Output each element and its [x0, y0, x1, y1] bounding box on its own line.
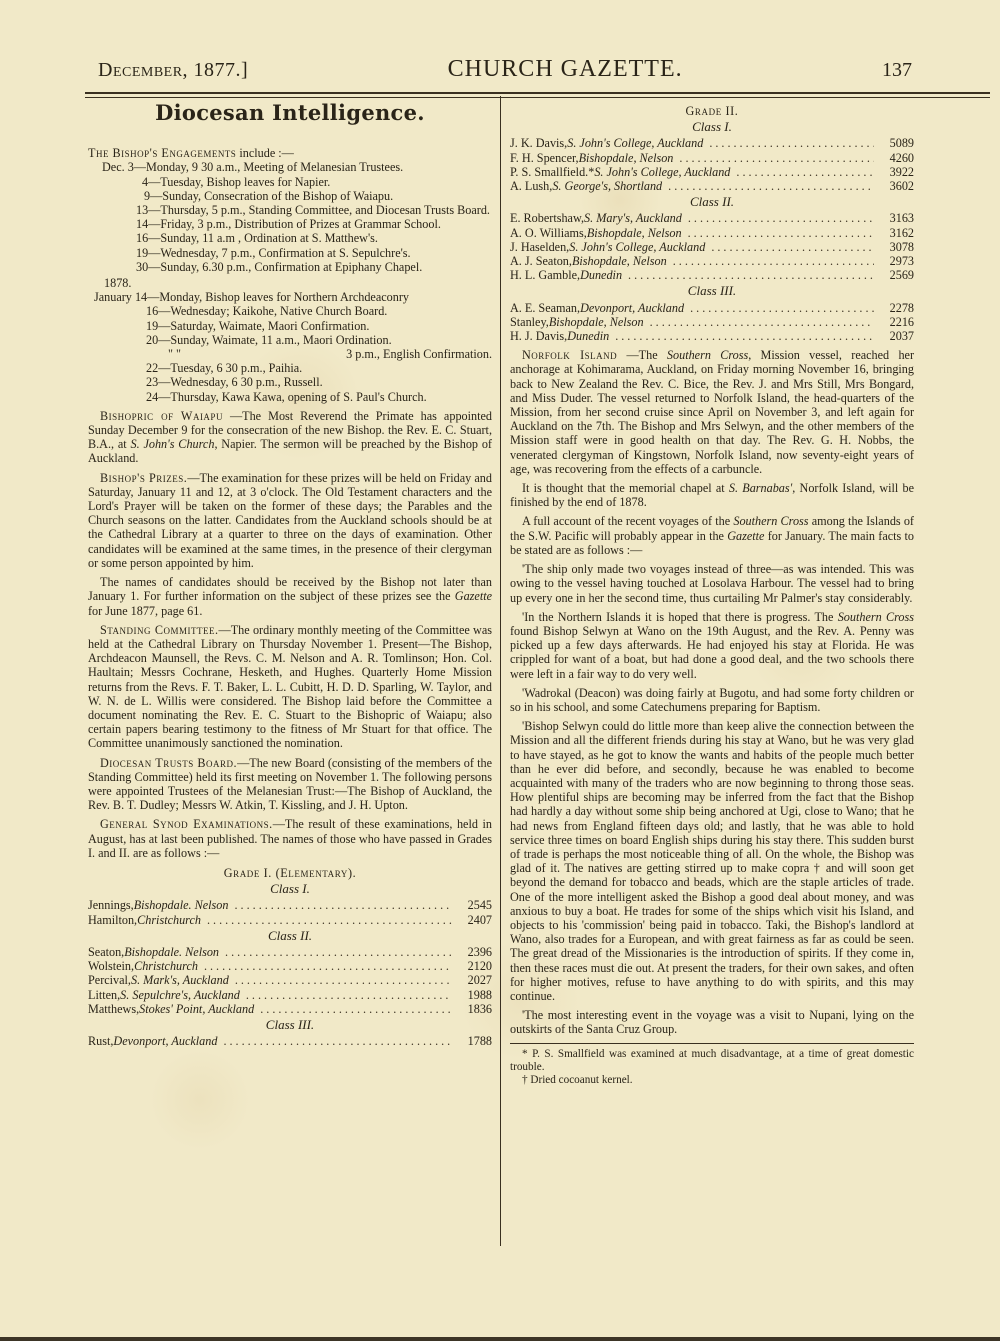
- grade-heading: Grade II.: [510, 104, 914, 118]
- prizes-paragraph-2: The names of candidates should be receiv…: [88, 575, 492, 618]
- result-row: E. Robertshaw, S. Mary's, Auckland......…: [510, 211, 914, 225]
- page-number: 137: [882, 59, 912, 82]
- engagement-item: Dec. 3—Monday, 9 30 a.m., Meeting of Mel…: [88, 160, 492, 174]
- class-heading: Class II.: [88, 929, 492, 943]
- article-paragraph: A full account of the recent voyages of …: [510, 514, 914, 557]
- engagement-item: 9—Sunday, Consecration of the Bishop of …: [88, 189, 492, 203]
- article-paragraph: 'Wadrokal (Deacon) was doing fairly at B…: [510, 686, 914, 714]
- result-row: A. O. Williams, Bishopdale, Nelson......…: [510, 226, 914, 240]
- norfolk-island-article: Norfolk Island —The Southern Cross, Miss…: [510, 348, 914, 1036]
- result-row: Seaton, Bishopdale. Nelson..............…: [88, 945, 492, 959]
- publication-title: CHURCH GAZETTE.: [448, 56, 683, 83]
- result-row: Hamilton, Christchurch..................…: [88, 913, 492, 927]
- engagement-item: January 14—Monday, Bishop leaves for Nor…: [88, 290, 492, 304]
- engagement-item: 13—Thursday, 5 p.m., Standing Committee,…: [88, 203, 492, 217]
- grade-1-results: Grade I. (Elementary). Class I. Jennings…: [88, 866, 492, 1048]
- issue-date: December, 1877.]: [98, 59, 248, 82]
- engagement-item: 19—Saturday, Waimate, Maori Confirmation…: [88, 319, 492, 333]
- synod-exams-paragraph: General Synod Examinations.—The result o…: [88, 817, 492, 860]
- result-row: Rust, Devonport, Auckland...............…: [88, 1034, 492, 1048]
- result-row: Percival, S. Mark's, Auckland...........…: [88, 973, 492, 987]
- left-column: Diocesan Intelligence. The Bishop's Enga…: [88, 100, 492, 1048]
- engagement-item: " "3 p.m., English Confirmation.: [88, 347, 492, 361]
- standing-committee-paragraph: Standing Committee.—The ordinary monthly…: [88, 623, 492, 751]
- bishops-engagements: The Bishop's Engagements include :— Dec.…: [88, 146, 492, 404]
- result-row: H. J. Davis, Dunedin....................…: [510, 329, 914, 343]
- running-head: December, 1877.] CHURCH GAZETTE. 137: [98, 56, 912, 86]
- engagement-item: 19—Wednesday, 7 p.m., Confirmation at S.…: [88, 246, 492, 260]
- result-row: Jennings, Bishopdale. Nelson............…: [88, 898, 492, 912]
- class-heading: Class III.: [510, 284, 914, 298]
- result-row: H. L. Gamble, Dunedin...................…: [510, 268, 914, 282]
- footnote: * P. S. Smallfield was examined at much …: [510, 1048, 914, 1074]
- prizes-paragraph: Bishop's Prizes.—The examination for the…: [88, 471, 492, 570]
- grade-2-results: Grade II. Class I. J. K. Davis, S. John'…: [510, 104, 914, 343]
- result-row: A. J. Seaton, Bishopdale, Nelson........…: [510, 254, 914, 268]
- article-paragraph: It is thought that the memorial chapel a…: [510, 481, 914, 509]
- year-label: 1878.: [104, 276, 492, 290]
- engagement-item: 16—Sunday, 11 a.m , Ordination at S. Mat…: [88, 231, 492, 245]
- article-paragraph: Norfolk Island —The Southern Cross, Miss…: [510, 348, 914, 476]
- engagement-item: 23—Wednesday, 6 30 p.m., Russell.: [88, 375, 492, 389]
- result-row: F. H. Spencer, Bishopdale, Nelson.......…: [510, 151, 914, 165]
- trusts-board-paragraph: Diocesan Trusts Board.—The new Board (co…: [88, 756, 492, 813]
- result-row: Wolstein, Christchurch..................…: [88, 959, 492, 973]
- engagement-item: 4—Tuesday, Bishop leaves for Napier.: [88, 175, 492, 189]
- engagement-item: 30—Sunday, 6.30 p.m., Confirmation at Ep…: [88, 260, 492, 274]
- right-column: Grade II. Class I. J. K. Davis, S. John'…: [510, 100, 914, 1087]
- engagement-item: 24—Thursday, Kawa Kawa, opening of S. Pa…: [88, 390, 492, 404]
- newspaper-page: December, 1877.] CHURCH GAZETTE. 137 Dio…: [0, 0, 1000, 1341]
- result-row: A. Lush, S. George's, Shortland.........…: [510, 179, 914, 193]
- article-paragraph: 'Bishop Selwyn could do little more than…: [510, 719, 914, 1003]
- result-row: Stanley, Bishopdale, Nelson.............…: [510, 315, 914, 329]
- header-double-rule: [85, 92, 990, 98]
- engagement-item: 22—Tuesday, 6 30 p.m., Paihia.: [88, 361, 492, 375]
- result-row: A. E. Seaman, Devonport, Auckland.......…: [510, 301, 914, 315]
- footnote: † Dried cocoanut kernel.: [510, 1074, 914, 1087]
- engagements-intro: The Bishop's Engagements include :—: [88, 146, 492, 160]
- engagement-item: 14—Friday, 3 p.m., Distribution of Prize…: [88, 217, 492, 231]
- result-row: Matthews, Stokes' Point, Auckland.......…: [88, 1002, 492, 1016]
- class-heading: Class I.: [510, 120, 914, 134]
- grade-heading: Grade I. (Elementary).: [88, 866, 492, 880]
- article-paragraph: 'The most interesting event in the voyag…: [510, 1008, 914, 1036]
- result-row: J. Haselden, S. John's College, Auckland…: [510, 240, 914, 254]
- class-heading: Class III.: [88, 1018, 492, 1032]
- scan-bottom-edge: [0, 1337, 1000, 1341]
- engagement-item: 20—Sunday, Waimate, 11 a.m., Maori Ordin…: [88, 333, 492, 347]
- result-row: J. K. Davis, S. John's College, Auckland…: [510, 136, 914, 150]
- section-title: Diocesan Intelligence.: [88, 106, 492, 120]
- bishopric-paragraph: Bishopric of Waiapu —The Most Reverend t…: [88, 409, 492, 466]
- engagement-item: 16—Wednesday; Kaikohe, Native Church Boa…: [88, 304, 492, 318]
- class-heading: Class II.: [510, 195, 914, 209]
- article-paragraph: 'In the Northern Islands it is hoped tha…: [510, 610, 914, 681]
- class-heading: Class I.: [88, 882, 492, 896]
- article-paragraph: 'The ship only made two voyages instead …: [510, 562, 914, 605]
- column-divider: [500, 96, 501, 1246]
- result-row: Litten, S. Sepulchre's, Auckland........…: [88, 988, 492, 1002]
- result-row: P. S. Smallfield.* S. John's College, Au…: [510, 165, 914, 179]
- footnote-rule: [510, 1043, 914, 1044]
